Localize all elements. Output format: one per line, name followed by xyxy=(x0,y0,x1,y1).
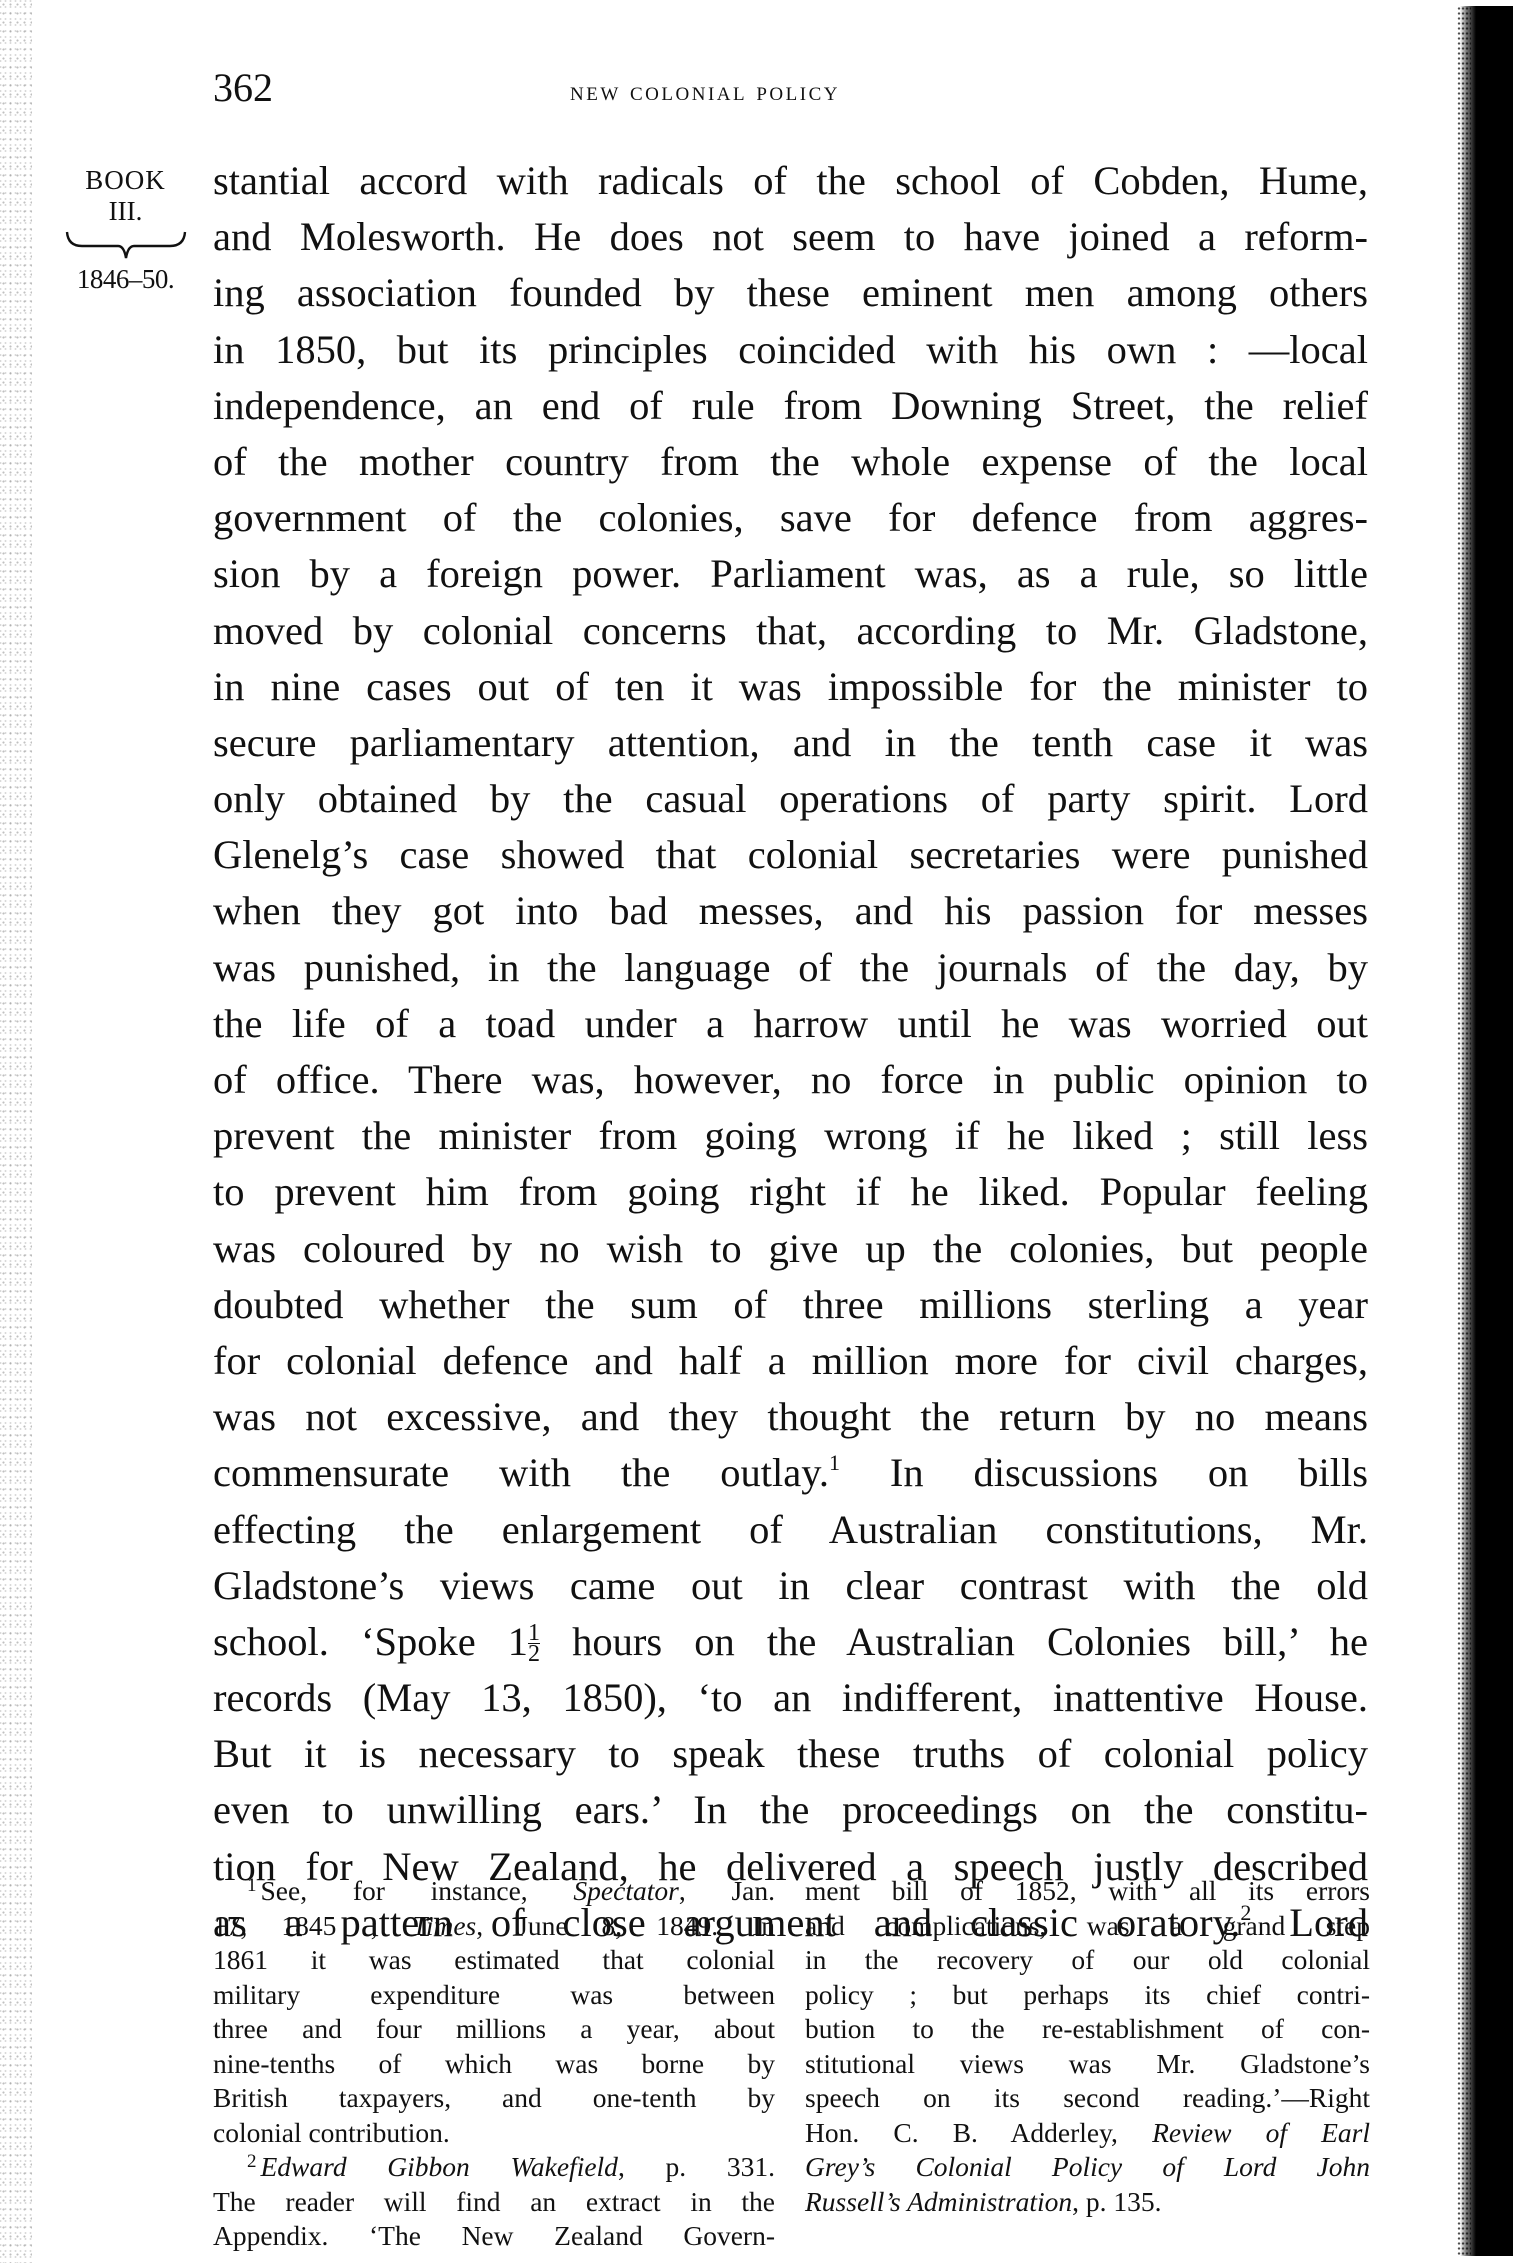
scan-margin-noise xyxy=(0,0,32,2263)
margin-sidenote: BOOK III. 1846–50. xyxy=(58,164,193,296)
footnote-line: The reader will find an extract in the xyxy=(213,2185,775,2220)
text-line: sion by a foreign power. Parliament was,… xyxy=(213,546,1368,602)
text-line: stantial accord with radicals of the sch… xyxy=(213,153,1368,209)
text-line: doubted whether the sum of three million… xyxy=(213,1277,1368,1333)
footnote-1: 1See, for instance, Spectator, Jan. xyxy=(213,1874,775,1909)
text-line: when they got into bad messes, and his p… xyxy=(213,883,1368,939)
footnote-line: military expenditure was between xyxy=(213,1978,775,2013)
text-line: independence, an end of rule from Downin… xyxy=(213,378,1368,434)
text-line: the life of a toad under a harrow until … xyxy=(213,996,1368,1052)
footnote-ref-1[interactable]: 1 xyxy=(829,1450,840,1475)
footnote-mark: 1 xyxy=(247,1875,257,1896)
text-line: for colonial defence and half a million … xyxy=(213,1333,1368,1389)
footnote-line: Russell’s Administration, p. 135. xyxy=(805,2185,1370,2220)
running-head: 362 NEW COLONIAL POLICY xyxy=(213,68,1368,108)
footnote-column-left: 1See, for instance, Spectator, Jan. 17, … xyxy=(213,1874,775,2254)
text-line-with-fraction: school. ‘Spoke 112 hours on the Australi… xyxy=(213,1614,1368,1670)
footnote-line: policy ; but perhaps its chief contri- xyxy=(805,1978,1370,2013)
text-line: of the mother country from the whole exp… xyxy=(213,434,1368,490)
page-number: 362 xyxy=(213,68,273,108)
footnote-2: 2Edward Gibbon Wakefield, p. 331. xyxy=(213,2150,775,2185)
footnote-line: colonial contribution. xyxy=(213,2116,775,2151)
text-line: secure parliamentary attention, and in t… xyxy=(213,715,1368,771)
footnote-line: speech on its second reading.’—Right xyxy=(805,2081,1370,2116)
footnote-line: ment bill of 1852, with all its errors xyxy=(805,1874,1370,1909)
sidenote-volume: III. xyxy=(58,196,193,226)
text-line: was not excessive, and they thought the … xyxy=(213,1389,1368,1445)
text-line: Glenelg’s case showed that colonial secr… xyxy=(213,827,1368,883)
text-line: moved by colonial concerns that, accordi… xyxy=(213,603,1368,659)
running-title: NEW COLONIAL POLICY xyxy=(570,76,840,106)
text-line: was punished, in the language of the jou… xyxy=(213,940,1368,996)
text-line: in nine cases out of ten it was impossib… xyxy=(213,659,1368,715)
text-line: even to unwilling ears.’ In the proceedi… xyxy=(213,1782,1368,1838)
footnote-line: and complications, was a grand step xyxy=(805,1909,1370,1944)
footnote-line: 1861 it was estimated that colonial xyxy=(213,1943,775,1978)
text-line: effecting the enlargement of Australian … xyxy=(213,1502,1368,1558)
text-line: ing association founded by these eminent… xyxy=(213,265,1368,321)
footnote-mark: 2 xyxy=(247,2151,257,2172)
footnote-line: bution to the re-establishment of con- xyxy=(805,2012,1370,2047)
text-line: government of the colonies, save for def… xyxy=(213,490,1368,546)
text-line: was coloured by no wish to give up the c… xyxy=(213,1221,1368,1277)
text-line: of office. There was, however, no force … xyxy=(213,1052,1368,1108)
footnote-line: Grey’s Colonial Policy of Lord John xyxy=(805,2150,1370,2185)
footnote-line: in the recovery of our old colonial xyxy=(805,1943,1370,1978)
text-line: But it is necessary to speak these truth… xyxy=(213,1726,1368,1782)
curly-brace-icon xyxy=(64,230,188,260)
sidenote-years: 1846–50. xyxy=(58,262,193,296)
text-line: in 1850, but its principles coincided wi… xyxy=(213,322,1368,378)
footnote-line: British taxpayers, and one-tenth by xyxy=(213,2081,775,2116)
text-line: Gladstone’s views came out in clear cont… xyxy=(213,1558,1368,1614)
book-binding-shadow xyxy=(1460,6,1513,2256)
text-line: to prevent him from going right if he li… xyxy=(213,1164,1368,1220)
text-line: prevent the minister from going wrong if… xyxy=(213,1108,1368,1164)
footnote-line: Appendix. ‘The New Zealand Govern- xyxy=(213,2219,775,2254)
body-paragraph: stantial accord with radicals of the sch… xyxy=(213,153,1368,1951)
text-line: records (May 13, 1850), ‘to an indiffere… xyxy=(213,1670,1368,1726)
sidenote-book-label: BOOK xyxy=(58,164,193,196)
text-line-with-footnote-ref: commensurate with the outlay.1 In discus… xyxy=(213,1445,1368,1501)
text-line: and Molesworth. He does not seem to have… xyxy=(213,209,1368,265)
footnote-line: Hon. C. B. Adderley, Review of Earl xyxy=(805,2116,1370,2151)
footnote-column-right: ment bill of 1852, with all its errors a… xyxy=(805,1874,1370,2219)
footnote-line: 17, 1845 ; Times, June 8, 1849. In xyxy=(213,1909,775,1944)
footnote-line: three and four millions a year, about xyxy=(213,2012,775,2047)
text-line: only obtained by the casual operations o… xyxy=(213,771,1368,827)
footnote-line: stitutional views was Mr. Gladstone’s xyxy=(805,2047,1370,2082)
fraction-one-half: 12 xyxy=(528,1623,540,1664)
footnote-line: nine-tenths of which was borne by xyxy=(213,2047,775,2082)
